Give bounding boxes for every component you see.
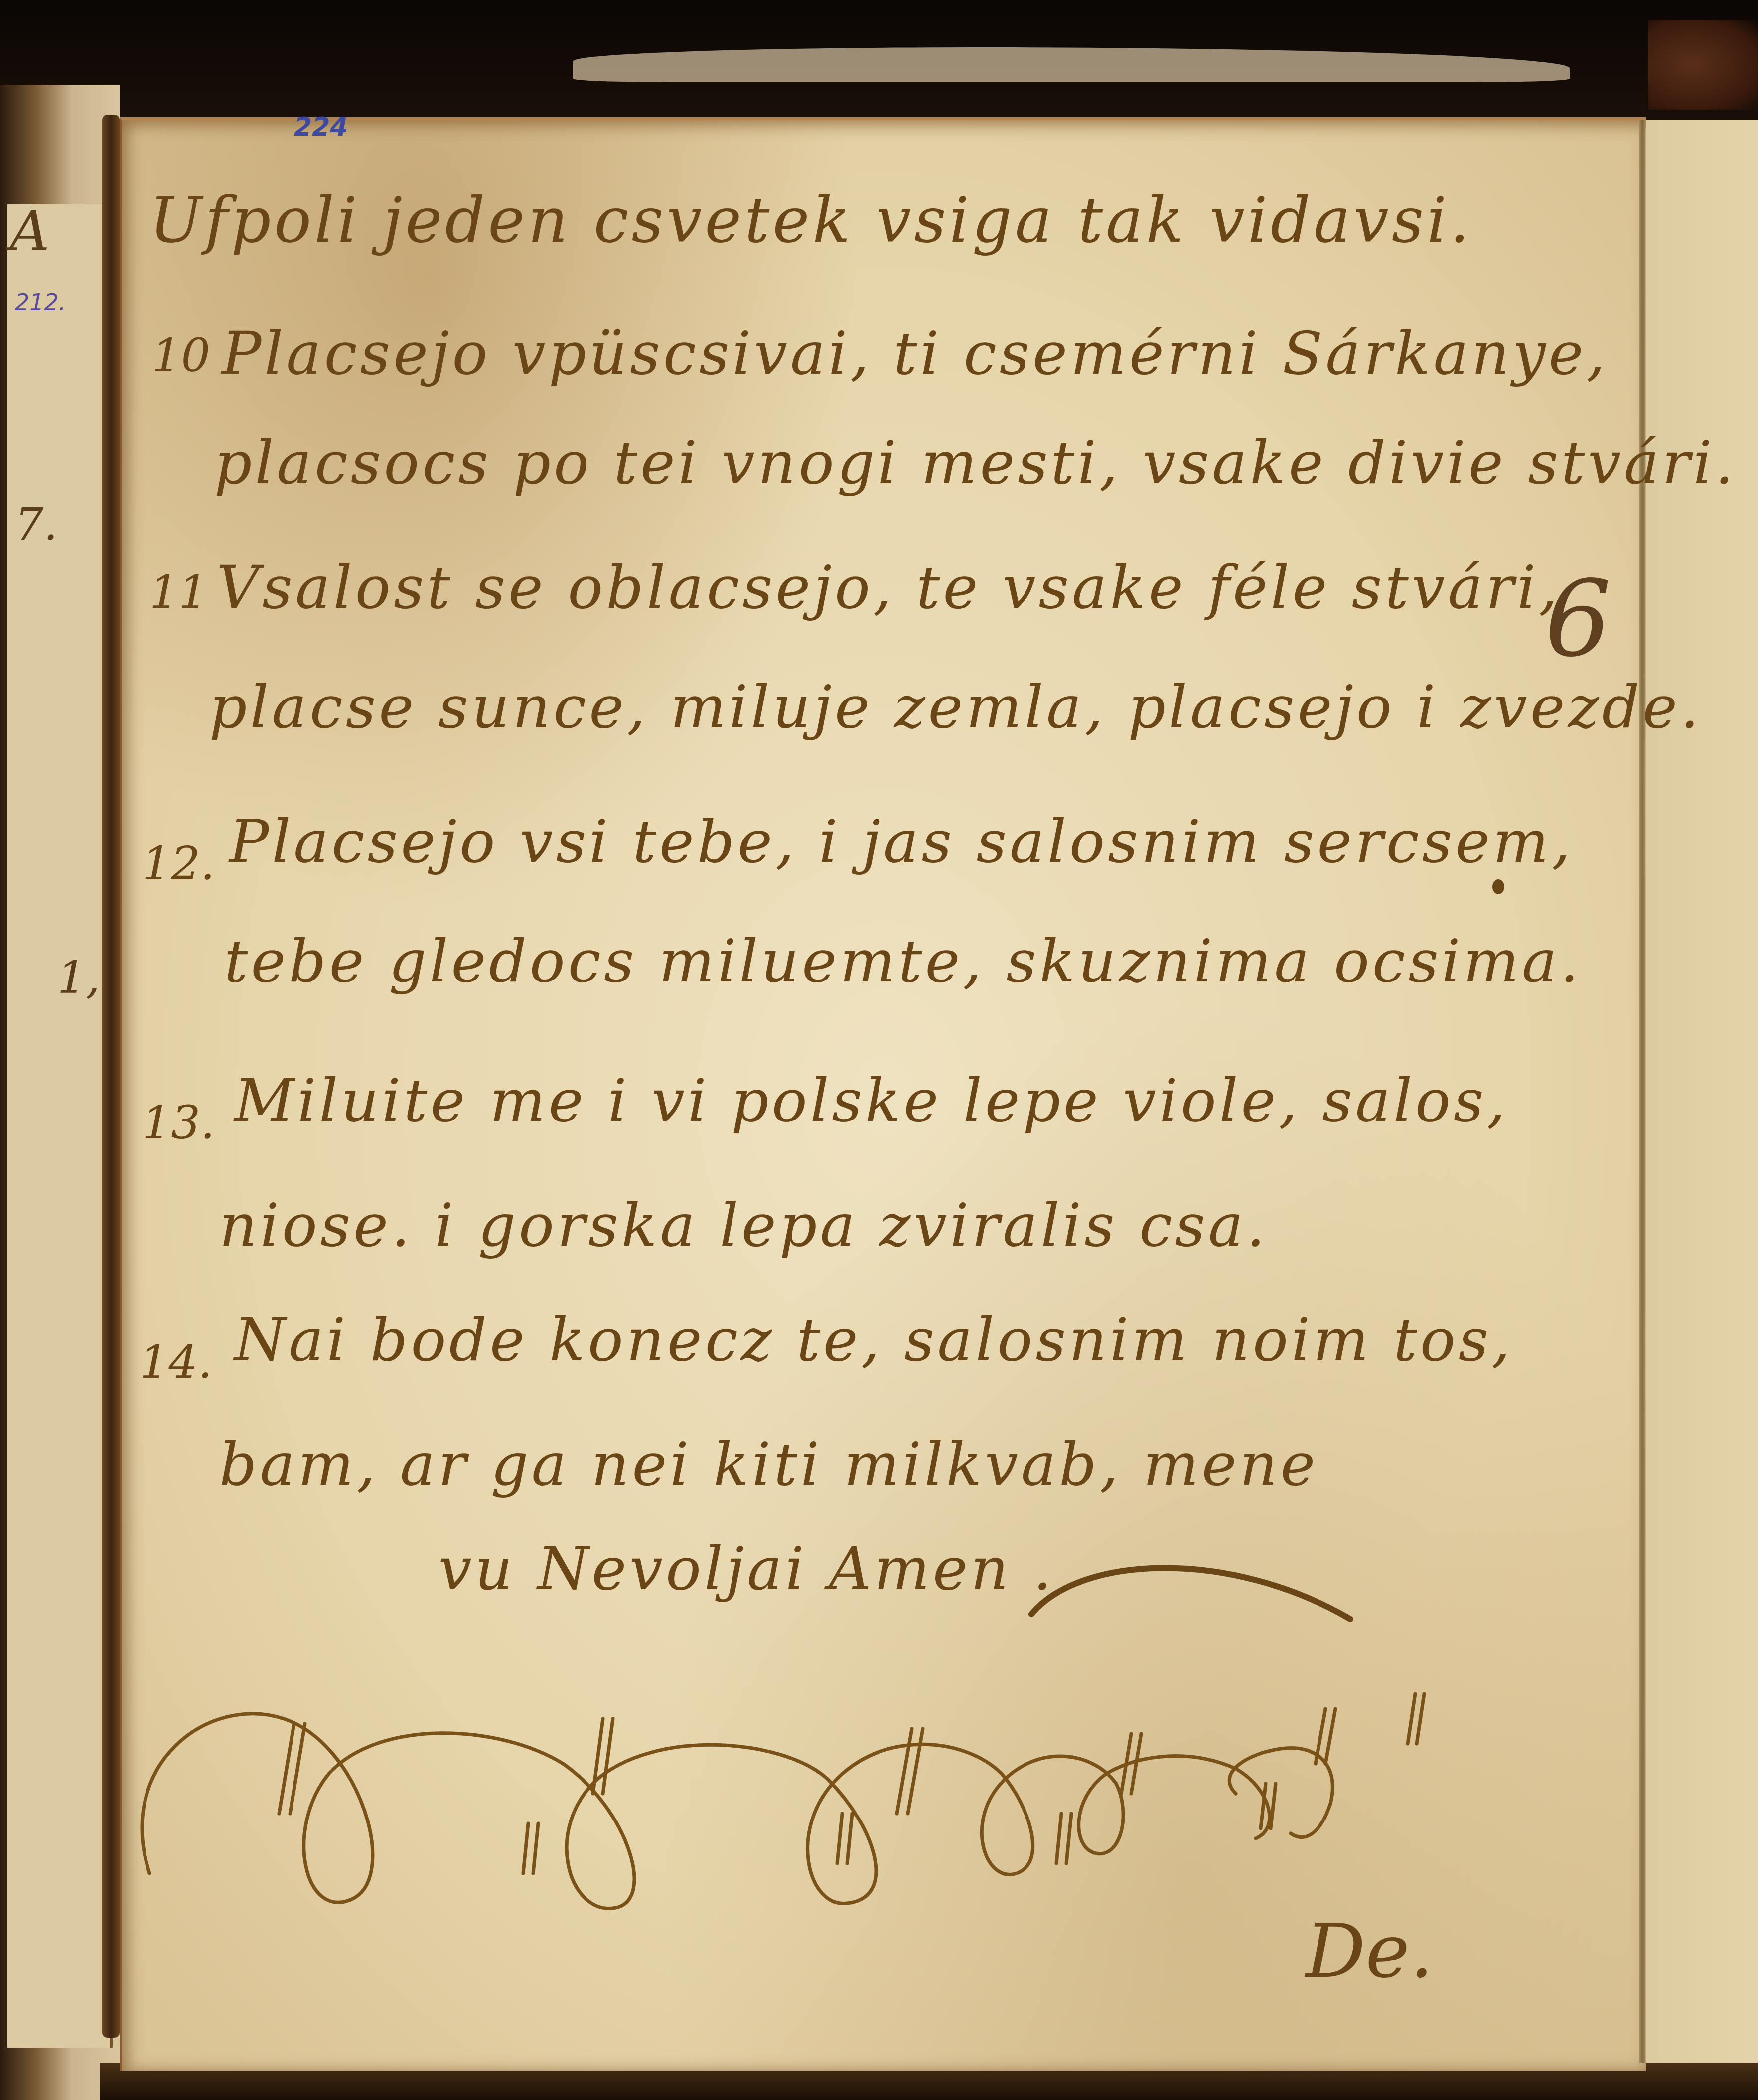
ink-blot <box>1492 879 1504 894</box>
verse-line: Miluite me i vi polske lepe viole, salos… <box>234 1066 1508 1135</box>
underlying-margin-mark: 1, <box>57 952 100 1004</box>
verse-line: Placsejo vpüscsivai, ti csemérni Sárkany… <box>222 319 1608 388</box>
verse-line: tebe gledocs miluemte, skuznima ocsima. <box>224 927 1582 995</box>
verse-number: 11 <box>149 565 208 619</box>
folio-number: 224 <box>294 112 348 142</box>
verse-line: Placsejo vsi tebe, i jas salosnim sercse… <box>229 807 1574 876</box>
verse-line: bam, ar ga nei kiti milkvab, mene <box>219 1430 1318 1499</box>
page-edge-binding <box>102 115 120 2038</box>
closing-line: vu Nevoljai Amen . <box>439 1535 1055 1603</box>
right-margin-mark: 6 <box>1545 558 1611 680</box>
underlying-letter-fragment: A <box>10 199 49 263</box>
underlying-folio-number: 212. <box>15 289 66 316</box>
verse-line: Nai bode konecz te, salosnim noim tos, <box>234 1305 1513 1374</box>
verse-line: placse sunce, miluje zemla, placsejo i z… <box>209 673 1702 741</box>
underlying-page: A 212. 7. 1, <box>7 204 113 2048</box>
verse-number: 10 <box>152 329 210 382</box>
leather-binding-fragment <box>1648 20 1758 110</box>
verse-number: 13. <box>142 1096 215 1149</box>
verse-number: 14. <box>140 1335 212 1389</box>
verse-line: placsocs po tei vnogi mesti, vsake divie… <box>214 428 1737 497</box>
closing-swash <box>1022 1544 1370 1644</box>
facing-page-strip <box>1645 120 1758 2063</box>
verse-line: niose. i gorska lepa zviralis csa. <box>219 1191 1268 1260</box>
verse-line: Vsalost se oblacsejo, te vsake féle stvá… <box>217 553 1560 622</box>
signature: De. <box>1306 1908 1434 1995</box>
decorative-flourish <box>120 1664 1565 1913</box>
page-gutter-crease <box>1639 120 1645 2063</box>
underlying-margin-mark: 7. <box>15 498 58 551</box>
heading-line: Ufpoli jeden csvetek vsiga tak vidavsi. <box>149 184 1472 257</box>
verse-number: 12. <box>142 837 215 890</box>
